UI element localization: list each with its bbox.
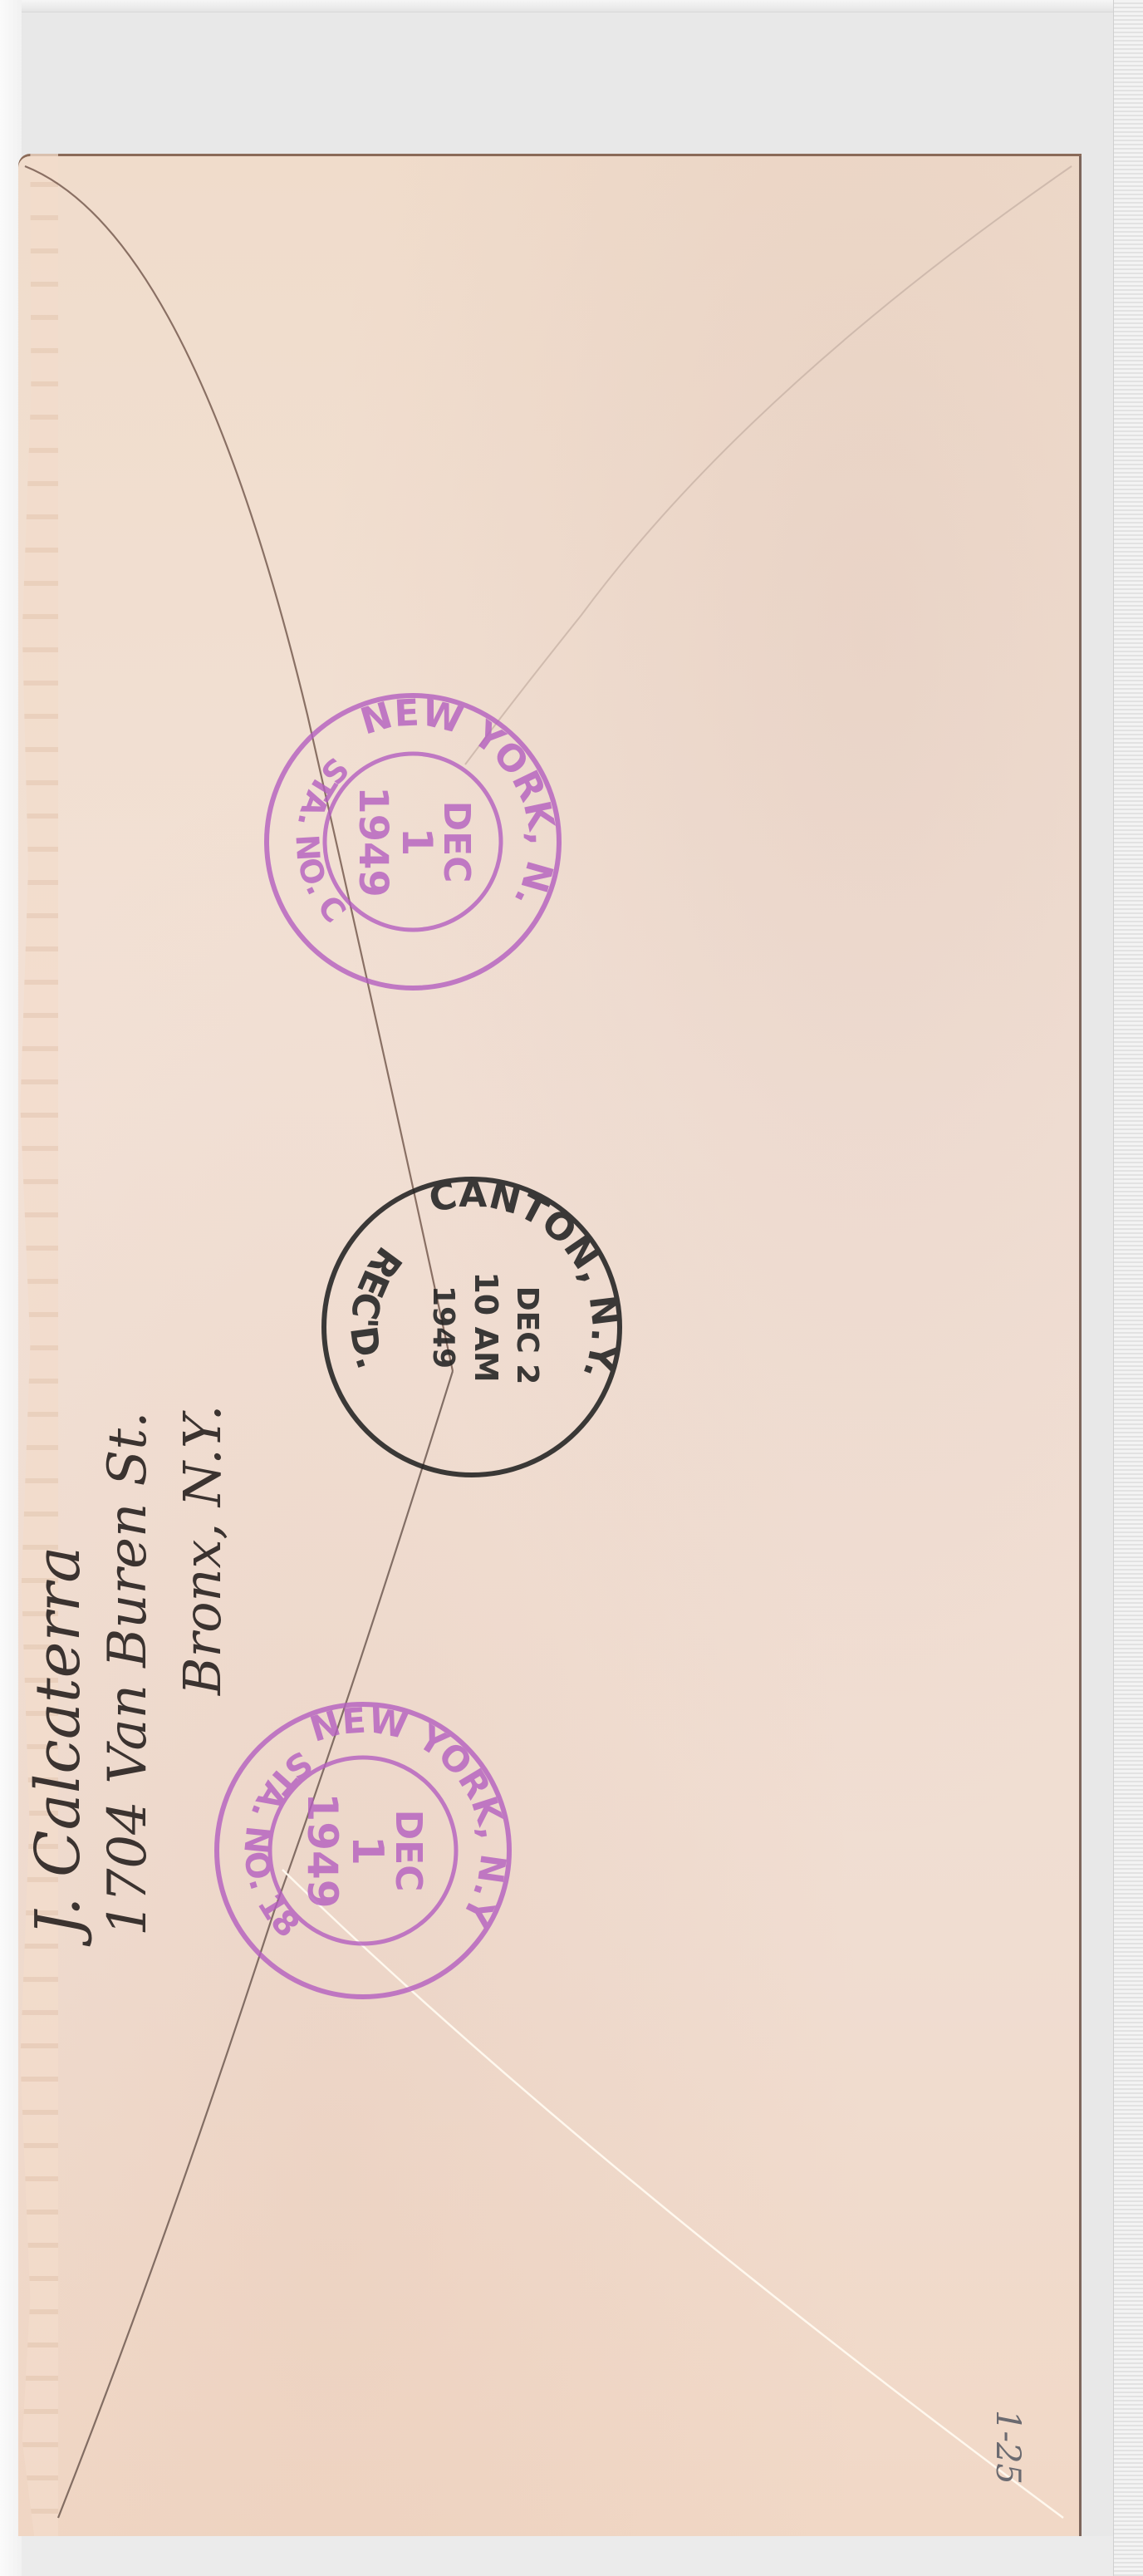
upper-flap-left-fold	[25, 166, 453, 1371]
svg-text:1: 1	[342, 1836, 392, 1866]
return-address: J. Calcaterra 1704 Van Buren St. Bronx, …	[22, 1405, 233, 1947]
svg-text:1: 1	[393, 828, 441, 857]
svg-text:10 AM: 10 AM	[468, 1271, 504, 1382]
return-name: J. Calcaterra	[22, 1546, 94, 1947]
pencil-note: 1-25	[988, 2410, 1027, 2485]
return-street: 1704 Van Buren St.	[97, 1412, 159, 1936]
svg-text:STA. NO. C: STA. NO. C	[288, 750, 356, 930]
svg-text:DEC 2: DEC 2	[510, 1286, 544, 1385]
svg-text:1949: 1949	[426, 1286, 460, 1369]
svg-text:DEC: DEC	[387, 1810, 429, 1892]
envelope-markings: NEW YORK, N.Y. STA. NO. C DEC 1 1949 CAN…	[0, 0, 1143, 2576]
postmark-new-york-sta-18: NEW YORK, N.Y. STA. NO. 18 DEC 1 1949	[217, 1689, 524, 1997]
postmark-new-york-sta-c: NEW YORK, N.Y. STA. NO. C DEC 1 1949	[267, 683, 571, 988]
return-city: Bronx, N.Y.	[172, 1405, 233, 1696]
svg-text:REC'D.: REC'D.	[341, 1239, 410, 1374]
svg-text:1949: 1949	[350, 786, 396, 897]
upper-flap-right-fold	[465, 166, 1072, 764]
postmark-canton-recd: CANTON, N.Y. REC'D. DEC 2 10 AM 1949	[317, 1159, 640, 1482]
svg-text:1949: 1949	[298, 1792, 346, 1908]
lower-flap-crease	[282, 1870, 1063, 2518]
